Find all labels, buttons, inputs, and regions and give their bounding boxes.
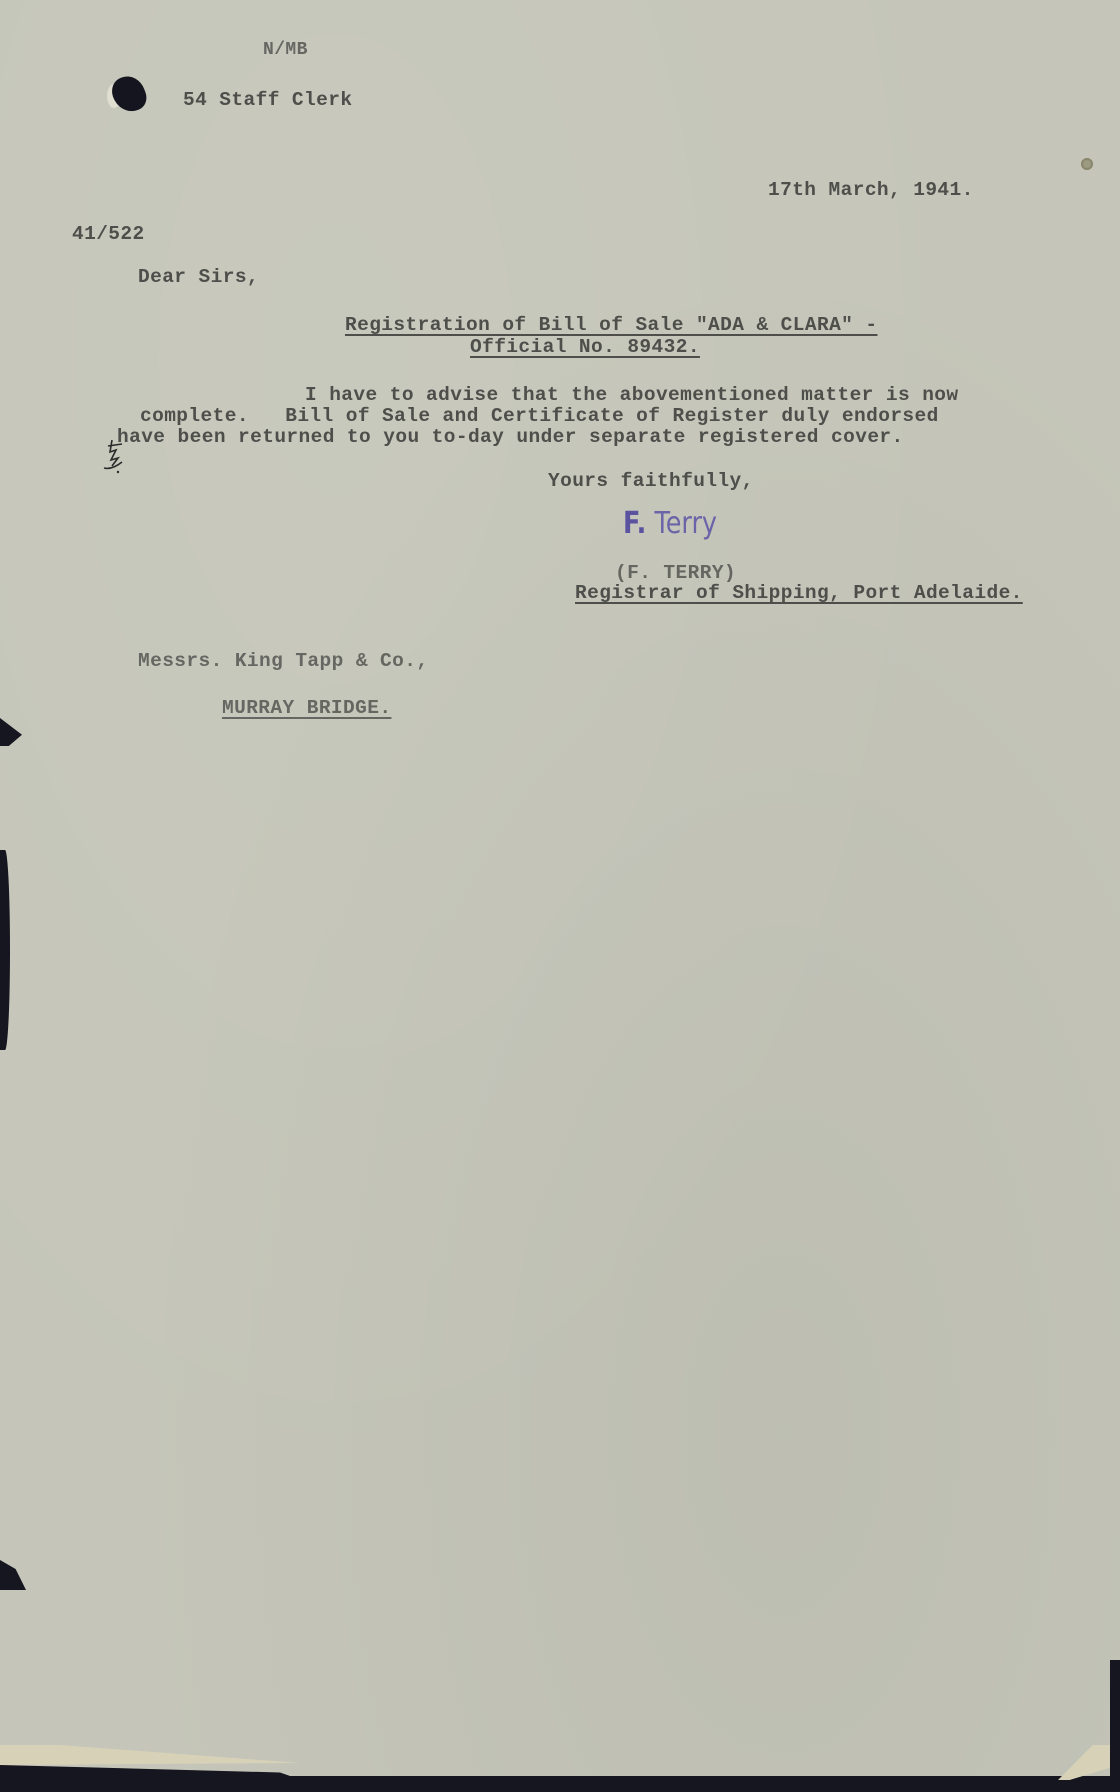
closing: Yours faithfully, <box>548 470 754 492</box>
salutation: Dear Sirs, <box>138 266 259 288</box>
punch-hole <box>108 72 150 117</box>
typed-name: (F. TERRY) <box>615 562 736 584</box>
signature-stamp: F. Terry <box>623 506 717 541</box>
torn-edge <box>0 850 10 1050</box>
body-line-2: complete. Bill of Sale and Certificate o… <box>140 405 939 427</box>
letter-date: 17th March, 1941. <box>768 179 974 201</box>
corner-fold <box>1058 1745 1116 1780</box>
letter-page: N/MB 54 Staff Clerk 17th March, 1941. 41… <box>0 0 1120 1792</box>
handwritten-initials-icon <box>102 438 128 474</box>
body-line-3: have been returned to you to-day under s… <box>117 426 904 448</box>
pin-hole-icon <box>1081 158 1093 170</box>
torn-edge <box>0 1560 26 1590</box>
body-line-1: I have to advise that the abovementioned… <box>305 384 959 406</box>
to-line: 54 Staff Clerk <box>183 89 352 111</box>
signature-initial: F. <box>623 506 646 541</box>
bottom-background <box>0 1776 1120 1792</box>
subject-line-2: Official No. 89432. <box>470 336 700 358</box>
addressee-name: Messrs. King Tapp & Co., <box>138 650 428 672</box>
paper-fold <box>0 1745 300 1765</box>
right-edge <box>1110 1660 1120 1792</box>
addressee-place: MURRAY BRIDGE. <box>222 697 391 719</box>
file-number: 41/522 <box>72 223 145 245</box>
reference-initials: N/MB <box>263 40 308 60</box>
subject-line-1: Registration of Bill of Sale "ADA & CLAR… <box>345 314 877 336</box>
signature-name: Terry <box>654 506 717 541</box>
torn-edge <box>0 718 22 746</box>
signatory-title: Registrar of Shipping, Port Adelaide. <box>575 582 1023 604</box>
